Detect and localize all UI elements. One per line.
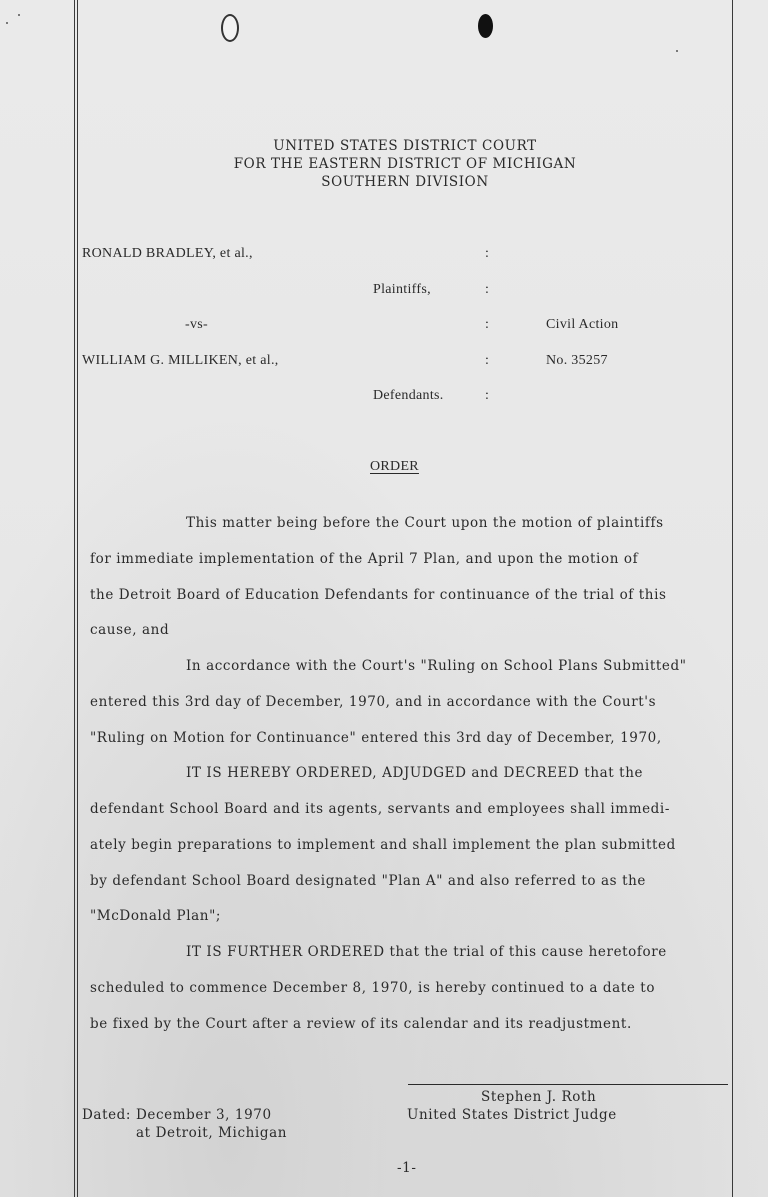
body-line: ately begin preparations to implement an… <box>90 837 676 853</box>
plaintiff-name: RONALD BRADLEY, et al., <box>82 246 253 262</box>
caption-separator: : <box>485 317 489 333</box>
paper-speck <box>6 22 8 24</box>
body-line: scheduled to commence December 8, 1970, … <box>90 980 655 996</box>
versus-label: -vs- <box>185 317 208 333</box>
body-line: cause, and <box>90 622 169 638</box>
order-title: ORDER <box>370 459 419 475</box>
dated-date: December 3, 1970 <box>136 1107 272 1123</box>
body-line: be fixed by the Court after a review of … <box>90 1016 632 1032</box>
caption-separator: : <box>485 282 489 298</box>
document-page: UNITED STATES DISTRICT COURT FOR THE EAS… <box>0 0 768 1197</box>
body-line: IT IS HEREBY ORDERED, ADJUDGED and DECRE… <box>186 765 643 781</box>
signature-line <box>408 1084 728 1085</box>
paper-speck <box>676 50 678 52</box>
judge-name: Stephen J. Roth <box>481 1089 596 1105</box>
body-line: "Ruling on Motion for Continuance" enter… <box>90 730 662 746</box>
dated-place: at Detroit, Michigan <box>136 1125 287 1141</box>
plaintiffs-label: Plaintiffs, <box>373 282 431 298</box>
body-line: defendant School Board and its agents, s… <box>90 801 670 817</box>
court-division: SOUTHERN DIVISION <box>78 174 732 190</box>
body-line: by defendant School Board designated "Pl… <box>90 873 646 889</box>
defendants-label: Defendants. <box>373 388 444 404</box>
body-line: the Detroit Board of Education Defendant… <box>90 587 667 603</box>
court-name: UNITED STATES DISTRICT COURT <box>78 138 732 154</box>
body-line: In accordance with the Court's "Ruling o… <box>186 658 687 674</box>
defendant-name: WILLIAM G. MILLIKEN, et al., <box>82 353 279 369</box>
judge-title: United States District Judge <box>407 1107 617 1123</box>
right-margin-rule <box>732 0 733 1197</box>
case-type: Civil Action <box>546 317 618 333</box>
caption-separator: : <box>485 388 489 404</box>
page-number: -1- <box>397 1160 417 1176</box>
punch-hole-filled-icon <box>478 14 493 38</box>
body-line: IT IS FURTHER ORDERED that the trial of … <box>186 944 667 960</box>
body-line: entered this 3rd day of December, 1970, … <box>90 694 656 710</box>
court-district: FOR THE EASTERN DISTRICT OF MICHIGAN <box>78 156 732 172</box>
caption-separator: : <box>485 353 489 369</box>
punch-hole-icon <box>221 14 239 42</box>
case-number: No. 35257 <box>546 353 608 369</box>
dated-label: Dated: <box>82 1107 131 1123</box>
paper-speck <box>18 14 20 16</box>
body-line: This matter being before the Court upon … <box>186 515 664 531</box>
left-margin-rule <box>74 0 75 1197</box>
caption-separator: : <box>485 246 489 262</box>
body-line: for immediate implementation of the Apri… <box>90 551 638 567</box>
body-line: "McDonald Plan"; <box>90 908 221 924</box>
